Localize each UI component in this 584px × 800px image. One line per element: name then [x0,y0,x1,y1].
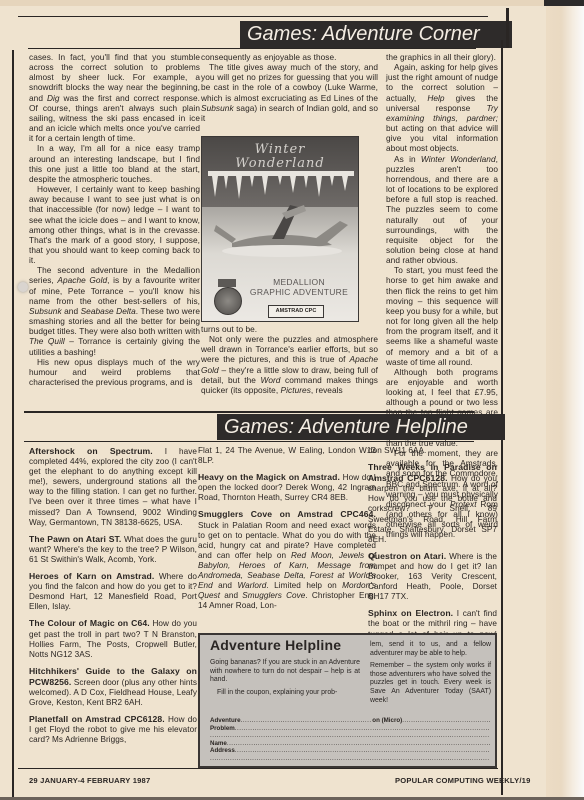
page-top-strip [0,0,584,6]
publisher-line-1: MEDALLION [244,277,354,287]
icicles-icon [208,171,354,201]
coupon-intro-right: lem, send it to us, and a fellow adventu… [370,641,491,709]
entry-title: Sphinx on Electron. [368,608,453,618]
article-paragraph: However, I certainly want to keep bashin… [29,184,200,265]
article-paragraph: the graphics in all their glory). [386,52,498,62]
coupon-saat-text: Remember – the system only works if thos… [370,662,491,705]
helpline-entry: The Pawn on Atari ST. What does the guru… [29,534,197,565]
crashed-plane-icon [212,199,352,259]
entry-title: Questron on Atari. [368,551,446,561]
coupon-intro-left: Going bananas? If you are stuck in an Ad… [210,659,360,701]
article-paragraph: Again, asking for help gives just the ri… [386,62,498,153]
game-cover-image: Winter Wonderland MEDALLION GRAPHIC ADVE… [201,136,359,322]
micro-field-label: on (Micro) [372,717,402,725]
page-edge [546,0,584,800]
coupon-intro-text: Going bananas? If you are stuck in an Ad… [210,659,360,685]
helpline-column-2: Flat 1, 24 The Avenue, W Ealing, London … [198,446,376,617]
problem-field[interactable]: ........................................… [235,725,490,733]
entry-title: Hitchhikers' Guide to the Galaxy on PCW8… [29,666,197,687]
coupon-name-row: Name ...................................… [210,740,490,748]
coupon-problem-row: Problem ................................… [210,725,490,733]
helpline-entry: Aftershock on Spectrum. I have completed… [29,446,197,528]
platform-label: AMSTRAD CPC [268,305,324,318]
entry-title: Smugglers Cove on Amstrad CPC464. [198,509,376,519]
coupon-instructions: Fill in the coupon, explaining your prob… [210,689,360,698]
helpline-entry: Flat 1, 24 The Avenue, W Ealing, London … [198,446,376,466]
section-banner-adventure-helpline: Games: Adventure Helpline [217,414,505,440]
helpline-entry: Three Weeks in Paradise on Amstrad CPC61… [368,462,497,545]
section-banner-adventure-corner: Games: Adventure Corner [240,21,512,48]
helpline-entry: Planetfall on Amstrad CPC6128. How do I … [29,714,197,745]
entry-title: Planetfall on Amstrad CPC6128. [29,714,165,724]
address-field[interactable]: ........................................… [235,747,490,755]
article-paragraph: In a way, I'm all for a nice easy tramp … [29,143,200,184]
article-paragraph: Not only were the puzzles and atmosphere… [201,334,378,395]
helpline-coupon: Adventure Helpline Going bananas? If you… [198,633,497,768]
article-paragraph: cases. In fact, you'll find that you stu… [29,52,200,143]
helpline-entry: Heroes of Karn on Amstrad. Where do you … [29,571,197,612]
article-paragraph: As in Winter Wonderland, puzzles aren't … [386,154,498,266]
address-field-continued[interactable]: ........................................… [210,755,490,763]
article-column-2-bottom: turns out to be.Not only were the puzzle… [201,324,378,395]
entry-title: Three Weeks in Paradise on Amstrad CPC61… [368,462,497,483]
article-paragraph: consequently as enjoyable as those. [201,52,378,62]
helpline-top-rule [24,411,474,413]
coupon-address-row: Address ................................… [210,747,490,755]
issue-date: 29 JANUARY-4 FEBRUARY 1987 [29,776,150,785]
coupon-address-row-2: ........................................… [210,755,490,763]
article-paragraph: turns out to be. [201,324,378,334]
micro-field[interactable]: ........................................… [402,717,490,725]
publication-page: POPULAR COMPUTING WEEKLY/19 [395,776,531,785]
entry-title: The Pawn on Atari ST. [29,534,121,544]
top-rule [18,16,488,17]
entry-title: The Colour of Magic on C64. [29,618,150,628]
article-paragraph: His new opus displays much of the wry hu… [29,357,200,387]
entry-title: Aftershock on Spectrum. [29,446,153,456]
helpline-column-1: Aftershock on Spectrum. I have completed… [29,446,197,751]
article-paragraph: The second adventure in the Medallion se… [29,265,200,356]
helpline-entry: The Colour of Magic on C64. How do you g… [29,618,197,659]
binding-hole [18,282,28,292]
medallion-logo-icon [214,287,242,315]
page-corner [544,0,584,6]
banner-underline [28,48,476,49]
problem-field-label: Problem [210,725,235,733]
article-column-2-top: consequently as enjoyable as those.The t… [201,52,378,123]
coupon-form: Adventure ..............................… [210,717,490,763]
entry-title: Heroes of Karn on Amstrad. [29,571,154,581]
name-field[interactable]: ........................................… [227,740,490,748]
name-field-label: Name [210,740,227,748]
helpline-entry: Smugglers Cove on Amstrad CPC464. Stuck … [198,509,376,611]
publisher-line-2: GRAPHIC ADVENTURE [244,287,354,297]
left-column-rule [12,50,14,800]
article-paragraph: To start, you must feed the horse to get… [386,265,498,367]
medal-ribbon [218,279,236,287]
footer-rule [18,768,498,769]
cover-publisher: MEDALLION GRAPHIC ADVENTURE [244,277,354,297]
coupon-adventure-row: Adventure ..............................… [210,717,490,725]
adventure-field-label: Adventure [210,717,241,725]
banner-edge-rule [506,8,509,48]
problem-field-continued[interactable]: ........................................… [210,732,490,740]
coupon-title: Adventure Helpline [210,637,341,653]
helpline-entry: Questron on Atari. Where is the trumpet … [368,551,497,602]
cover-title: Winter Wonderland [210,143,350,171]
coupon-problem-row-2: ........................................… [210,732,490,740]
helpline-underline [24,441,474,442]
coupon-send-text: lem, send it to us, and a fellow adventu… [370,641,491,658]
adventure-field[interactable]: ........................................… [241,717,373,725]
helpline-entry: don SW11 6AA. [368,446,497,456]
address-field-label: Address [210,747,235,755]
helpline-entry: Heavy on the Magick on Amstrad. How do I… [198,472,376,503]
article-paragraph: The title gives away much of the story, … [201,62,378,123]
helpline-entry: Hitchhikers' Guide to the Galaxy on PCW8… [29,666,197,708]
entry-title: Heavy on the Magick on Amstrad. [198,472,340,482]
article-column-1: cases. In fact, you'll find that you stu… [29,52,200,387]
